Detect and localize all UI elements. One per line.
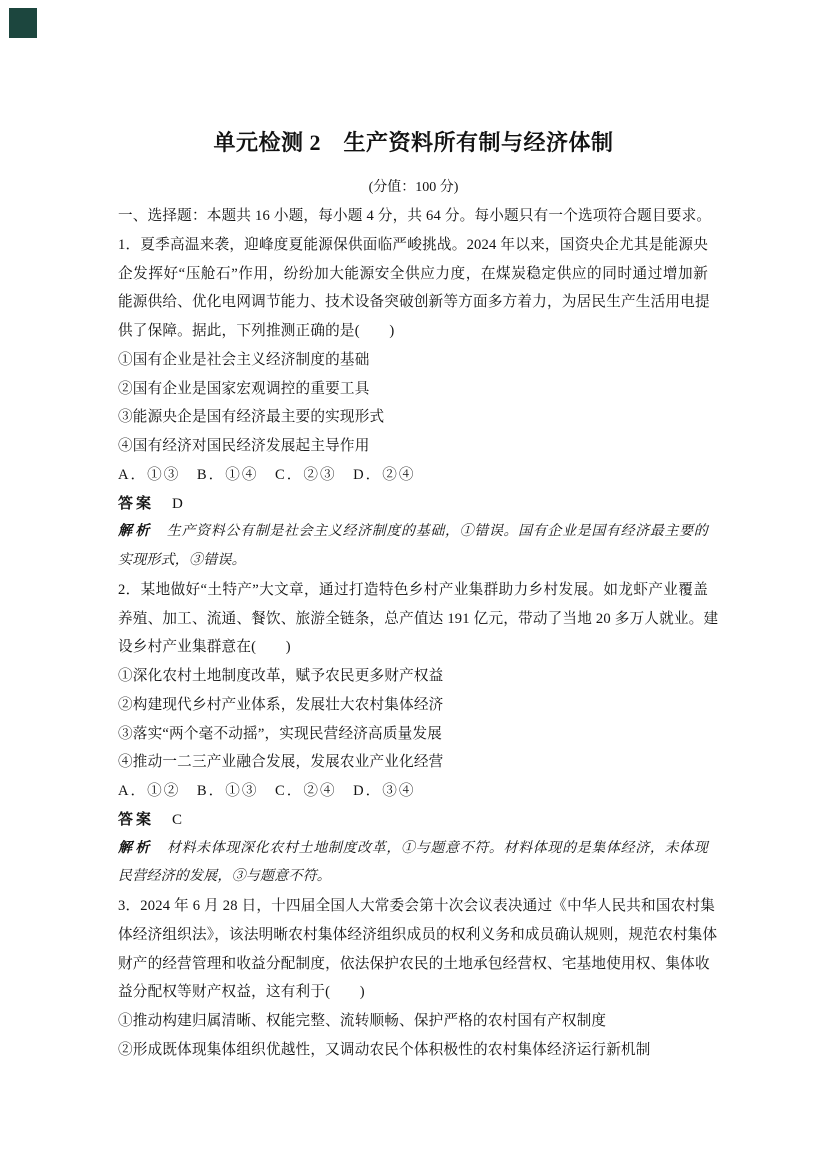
analysis-line: 实现形式，③错误。 [118,547,708,576]
option-line: ①国有企业是社会主义经济制度的基础 [118,346,708,375]
answer-label: 答案 [118,496,154,512]
document-body: 一、选择题：本题共 16 小题，每小题 4 分，共 64 分。每小题只有一个选项… [118,202,708,1065]
option-line: ①推动构建归属清晰、权能完整、流转顺畅、保护严格的农村国有产权制度 [118,1007,708,1036]
answer-value: C [172,812,182,828]
question-text-line: 企发挥好“压舱石”作用，纷纷加大能源安全供应力度，在煤炭稳定供应的同时通过增加新 [118,260,708,289]
section-header: 一、选择题：本题共 16 小题，每小题 4 分，共 64 分。每小题只有一个选项… [118,202,708,231]
choice-row: A．①② B．①③ C．②④ D．③④ [118,777,708,806]
option-line: ②构建现代乡村产业体系，发展壮大农村集体经济 [118,691,708,720]
answer-value: D [172,496,183,512]
page-title: 单元检测 2 生产资料所有制与经济体制 [0,129,827,157]
option-line: ②国有企业是国家宏观调控的重要工具 [118,375,708,404]
option-line: ③落实“两个毫不动摇”，实现民营经济高质量发展 [118,720,708,749]
question-text-line: 养殖、加工、流通、餐饮、旅游全链条，总产值达 191 亿元，带动了当地 20 多… [118,605,708,634]
exam-document-page: 单元检测 2 生产资料所有制与经济体制 (分值：100 分) 一、选择题：本题共… [0,0,827,1169]
question-text-line: 供了保障。据此，下列推测正确的是( ) [118,317,708,346]
analysis-text: 材料未体现深化农村土地制度改革，①与题意不符。材料体现的是集体经济，未体现 [167,841,708,856]
analysis-line: 民营经济的发展，③与题意不符。 [118,863,708,892]
analysis-text: 生产资料公有制是社会主义经济制度的基础，①错误。国有企业是国有经济最主要的 [167,524,708,539]
corner-mark [9,8,37,38]
question-text-line: 财产的经营管理和收益分配制度，依法保护农民的土地承包经营权、宅基地使用权、集体收 [118,950,708,979]
analysis-line: 解析生产资料公有制是社会主义经济制度的基础，①错误。国有企业是国有经济最主要的 [118,518,708,547]
answer-line: 答案C [118,806,708,835]
option-line: ③能源央企是国有经济最主要的实现形式 [118,403,708,432]
option-line: ④推动一二三产业融合发展，发展农业产业化经营 [118,748,708,777]
question-text-line: 能源供给、优化电网调节能力、技术设备突破创新等方面多方着力，为居民生产生活用电提 [118,288,708,317]
answer-label: 答案 [118,812,154,828]
analysis-label: 解析 [118,524,153,539]
analysis-line: 解析材料未体现深化农村土地制度改革，①与题意不符。材料体现的是集体经济，未体现 [118,835,708,864]
question-text-line: 体经济组织法》，该法明晰农村集体经济组织成员的权利义务和成员确认规则，规范农村集… [118,921,708,950]
analysis-label: 解析 [118,841,153,856]
score-subtitle: (分值：100 分) [0,175,827,201]
option-line: ①深化农村土地制度改革，赋予农民更多财产权益 [118,662,708,691]
question-text-line: 设乡村产业集群意在( ) [118,633,708,662]
question-text-line: 3．2024 年 6 月 28 日，十四届全国人大常委会第十次会议表决通过《中华… [118,892,708,921]
answer-line: 答案D [118,490,708,519]
question-text-line: 1．夏季高温来袭，迎峰度夏能源保供面临严峻挑战。2024 年以来，国资央企尤其是… [118,231,708,260]
question-text-line: 益分配权等财产权益，这有利于( ) [118,978,708,1007]
choice-row: A．①③ B．①④ C．②③ D．②④ [118,461,708,490]
option-line: ④国有经济对国民经济发展起主导作用 [118,432,708,461]
question-text-line: 2．某地做好“土特产”大文章，通过打造特色乡村产业集群助力乡村发展。如龙虾产业覆… [118,576,708,605]
option-line: ②形成既体现集体组织优越性，又调动农民个体积极性的农村集体经济运行新机制 [118,1036,708,1065]
